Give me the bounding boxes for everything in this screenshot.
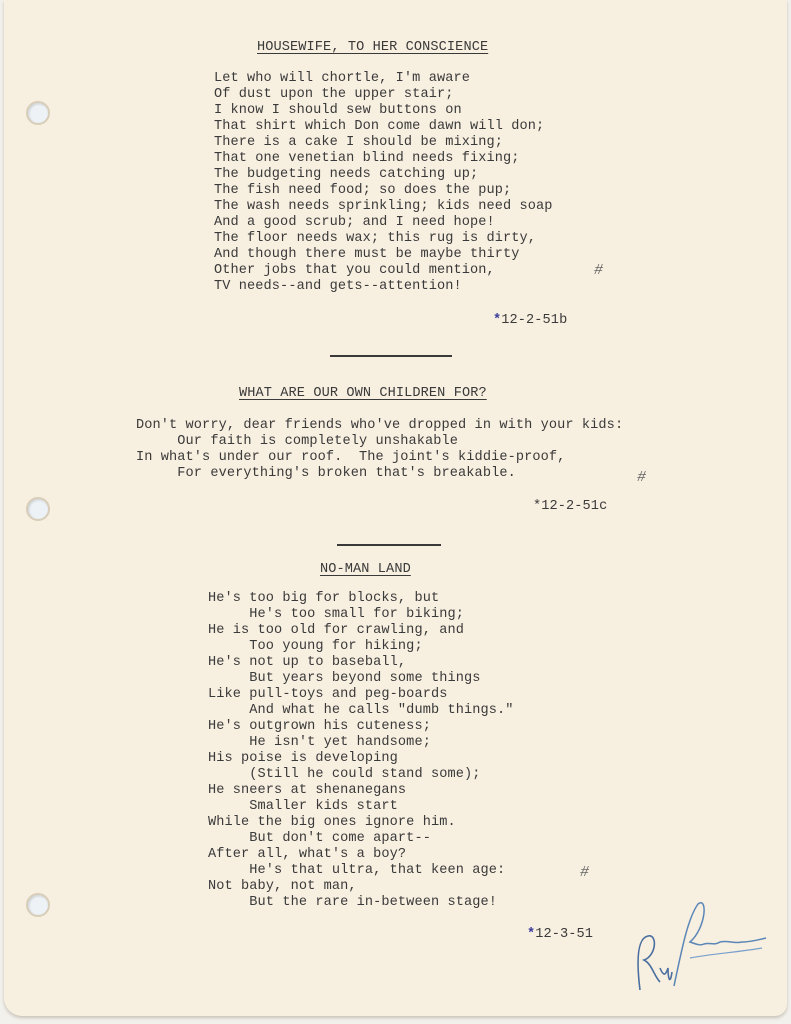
poem-title: NO-MAN LAND [320,562,411,578]
proofread-mark: # [594,262,603,279]
poem-line: His poise is developing [208,751,514,767]
poem-line: Smaller kids start [208,799,514,815]
poem-line: Not baby, not man, [208,879,514,895]
poem-line: That one venetian blind needs fixing; [214,151,553,167]
poem-line: Other jobs that you could mention, [214,263,553,279]
poem-body: He's too big for blocks, but He's too sm… [208,591,514,911]
poem-line: I know I should sew buttons on [214,103,553,119]
poem-line: He's too small for biking; [208,607,514,623]
poem-line: He isn't yet handsome; [208,735,514,751]
signature: Roy Rosene [630,898,770,998]
poem-line: And what he calls "dumb things." [208,703,514,719]
poem-line: Like pull-toys and peg-boards [208,687,514,703]
proofread-mark: # [580,864,589,881]
poem-line: The fish need food; so does the pup; [214,183,553,199]
poem-line: But don't come apart-- [208,831,514,847]
poem-line: The floor needs wax; this rug is dirty, [214,231,553,247]
punch-hole [26,101,50,125]
punch-hole [26,497,50,521]
poem-line: Of dust upon the upper stair; [214,87,553,103]
section-divider [337,544,441,546]
poem-line: But years beyond some things [208,671,514,687]
poem-code: *12-2-51b [493,313,567,329]
poem-line: Don't worry, dear friends who've dropped… [136,418,623,434]
poem-code: *12-3-51 [527,927,593,943]
proofread-mark: # [637,469,646,486]
poem-line: That shirt which Don come dawn will don; [214,119,553,135]
section-divider [330,355,452,357]
poem-line: While the big ones ignore him. [208,815,514,831]
poem-line: For everything's broken that's breakable… [136,466,623,482]
poem-line: Let who will chortle, I'm aware [214,71,553,87]
poem-line: But the rare in-between stage! [208,895,514,911]
poem-line: There is a cake I should be mixing; [214,135,553,151]
poem-body: Let who will chortle, I'm awareOf dust u… [214,71,553,295]
poem-line: He is too old for crawling, and [208,623,514,639]
poem-code: *12-2-51c [533,499,607,515]
poem-line: After all, what's a boy? [208,847,514,863]
poem-line: Our faith is completely unshakable [136,434,623,450]
poem-line: In what's under our roof. The joint's ki… [136,450,623,466]
poem-title: WHAT ARE OUR OWN CHILDREN FOR? [239,386,487,402]
poem-line: He sneers at shenanegans [208,783,514,799]
poem-line: And though there must be maybe thirty [214,247,553,263]
poem-line: And a good scrub; and I need hope! [214,215,553,231]
poem-line: The wash needs sprinkling; kids need soa… [214,199,553,215]
poem-line: He's too big for blocks, but [208,591,514,607]
poem-line: He's not up to baseball, [208,655,514,671]
poem-line: Too young for hiking; [208,639,514,655]
poem-line: The budgeting needs catching up; [214,167,553,183]
punch-hole [26,893,50,917]
poem-line: He's outgrown his cuteness; [208,719,514,735]
poem-title: HOUSEWIFE, TO HER CONSCIENCE [257,40,488,56]
poem-body: Don't worry, dear friends who've dropped… [136,418,623,482]
poem-line: (Still he could stand some); [208,767,514,783]
poem-line: TV needs--and gets--attention! [214,279,553,295]
poem-line: He's that ultra, that keen age: [208,863,514,879]
